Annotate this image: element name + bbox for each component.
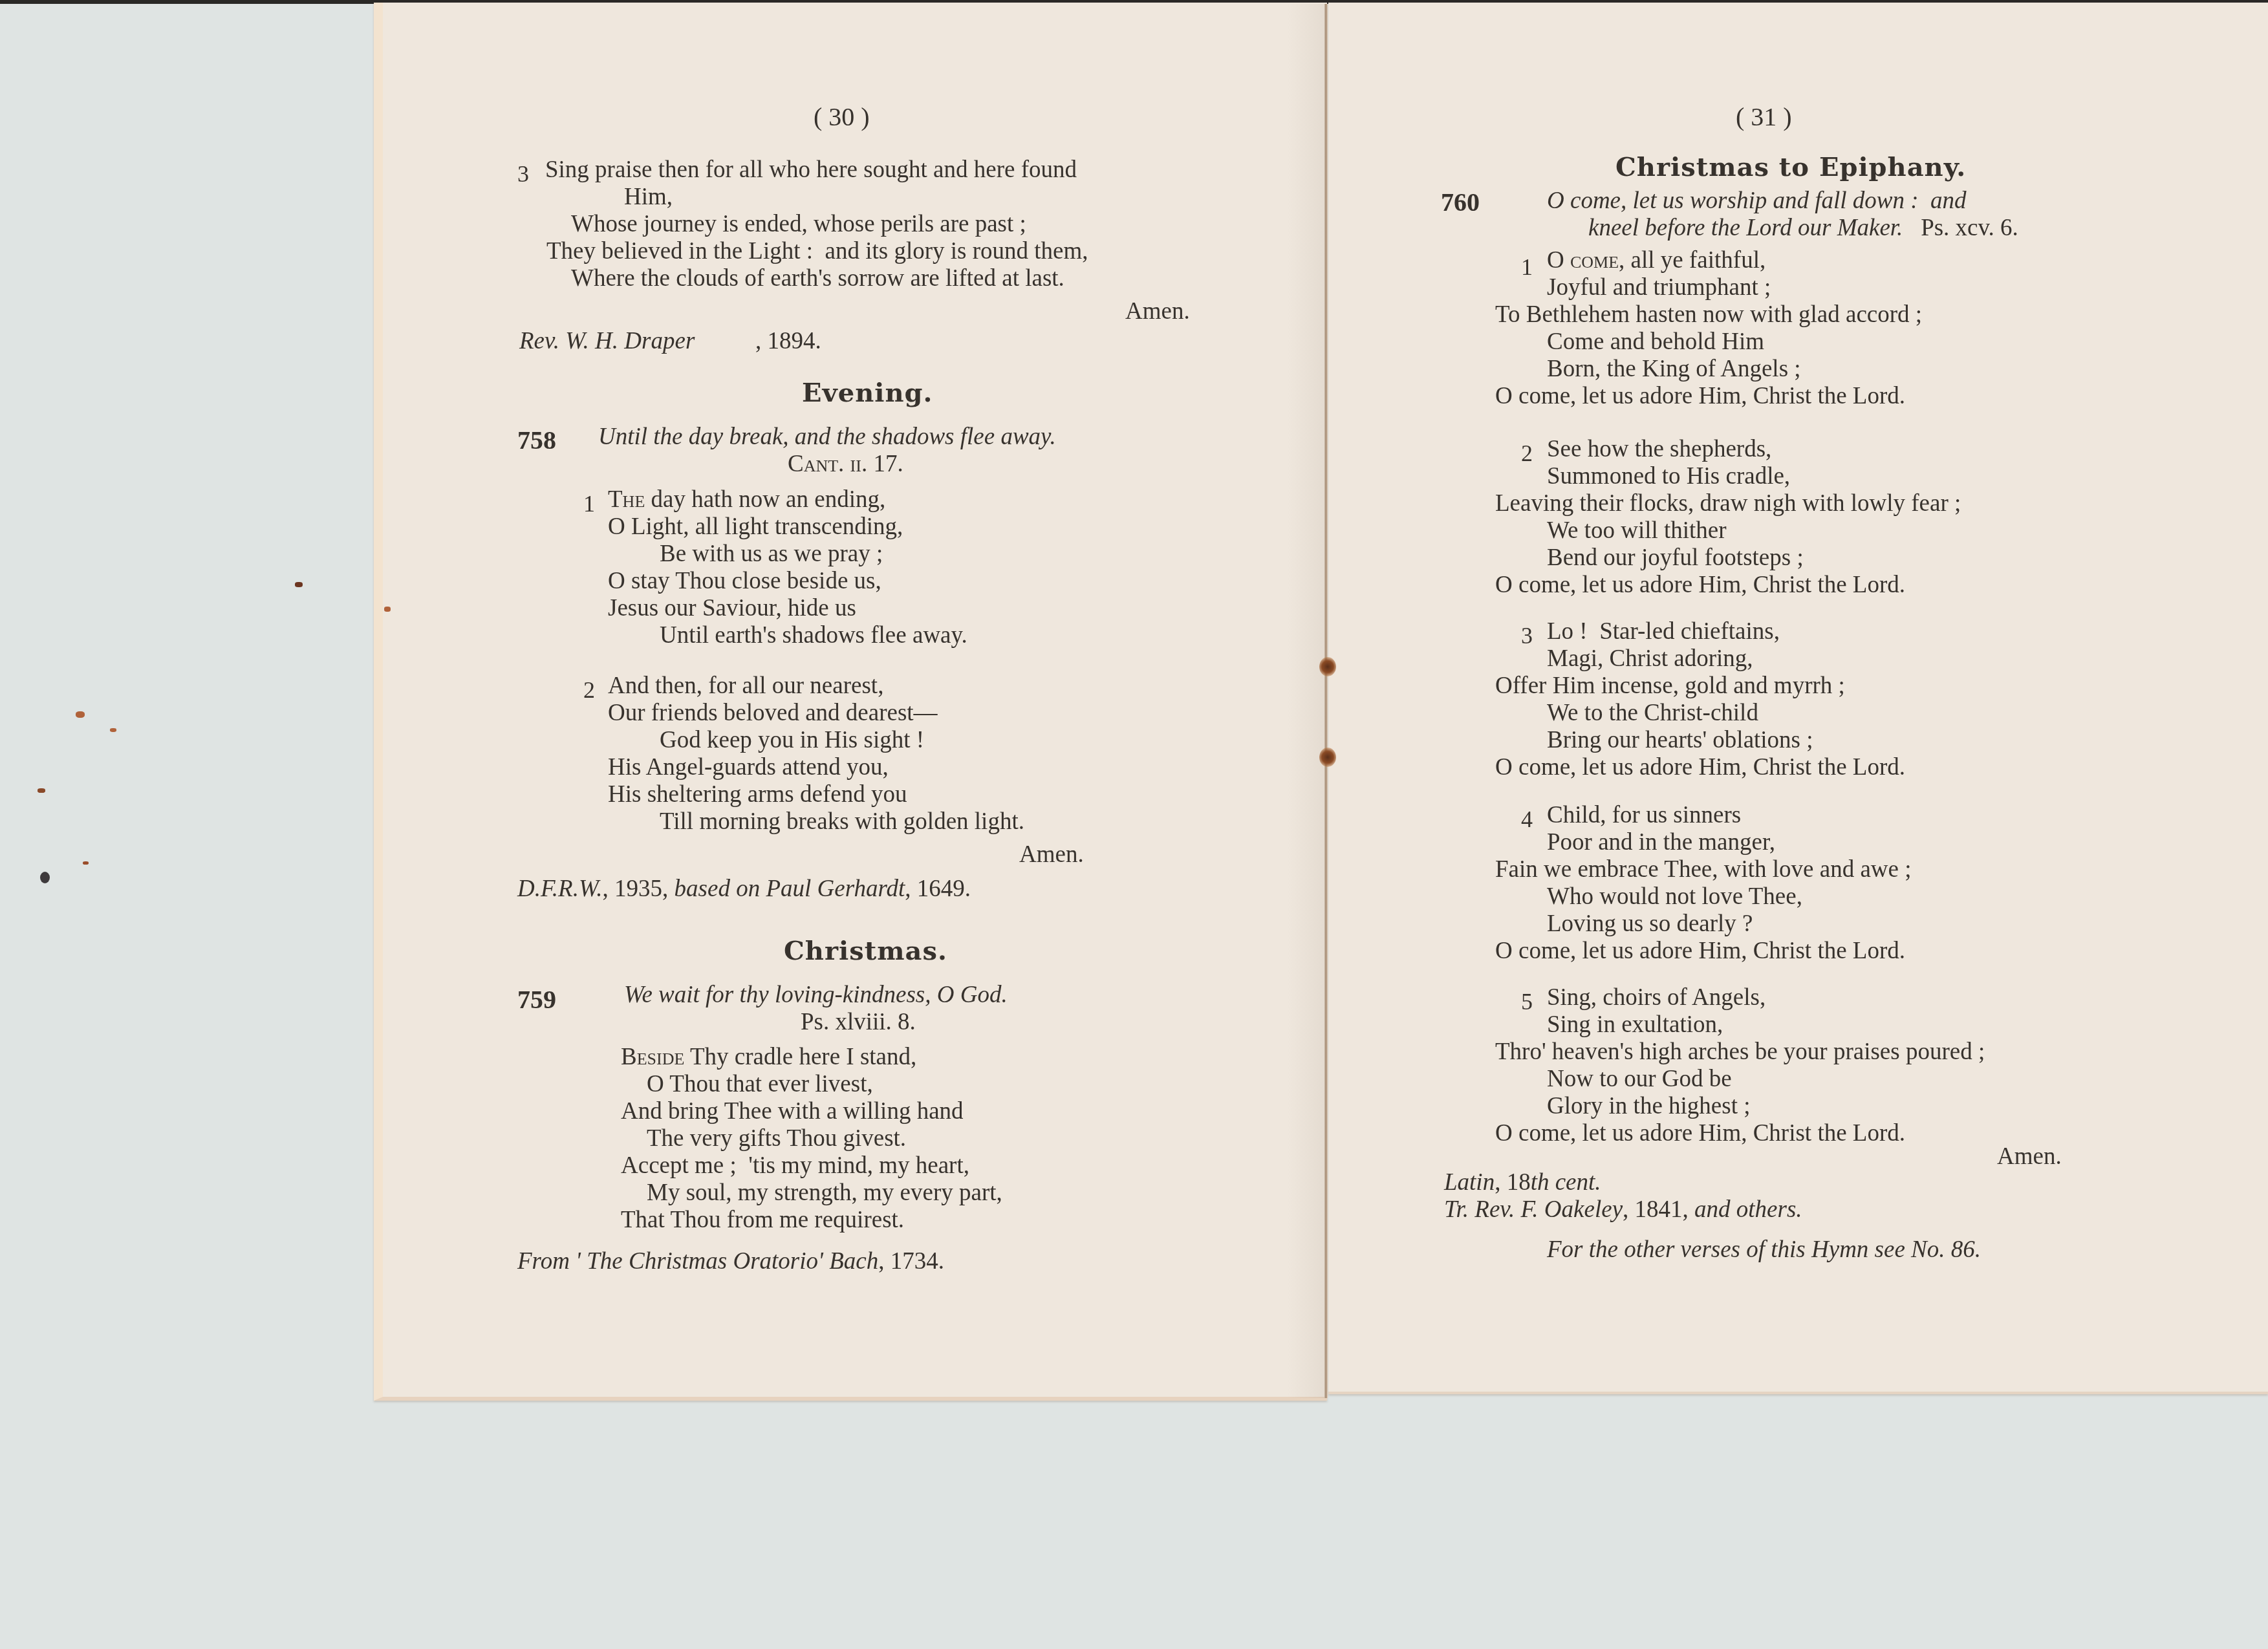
staple-rust-mark (1319, 748, 1336, 767)
verse-number: 3 (1521, 622, 1533, 649)
verse-number: 1 (583, 490, 595, 517)
attribution-source: based on Paul Gerhardt (675, 876, 905, 902)
verse-line: O Light, all light transcending, (608, 513, 903, 541)
verse-line: Leaving their flocks, draw nigh with low… (1495, 490, 1961, 517)
verse-line: Jesus our Saviour, hide us (608, 595, 856, 622)
attribution-line: Tr. Rev. F. Oakeley, 1841, and others. (1444, 1196, 1802, 1223)
verse-first-o: O (1547, 247, 1570, 274)
hymn-number-760: 760 (1441, 189, 1480, 216)
verse-line-rest: day hath now an ending, (645, 486, 885, 513)
hymn-number-759: 759 (517, 986, 556, 1013)
attribution-year: , 1935, (603, 876, 675, 902)
verse-line: Accept me ; 'tis my mind, my heart, (621, 1152, 969, 1180)
attribution-year: , 1841, (1623, 1196, 1694, 1223)
verse-first-word: come (1570, 247, 1619, 274)
verse-line: Bend our joyful footsteps ; (1547, 544, 1804, 572)
attribution-author: D.F.R.W. (517, 876, 603, 902)
scripture-reference: Cant. ii. 17. (788, 451, 903, 478)
verse-line: Him, (624, 184, 673, 211)
scripture-text: O come, let us worship and fall down : a… (1547, 188, 1967, 215)
verse-line: The day hath now an ending, (608, 486, 885, 513)
attribution-source: From ' The Christmas Oratorio' Bach (517, 1248, 878, 1275)
hymn-number-758: 758 (517, 427, 556, 454)
spine-shadow (1287, 4, 1324, 1398)
verse-line: Loving us so dearly ? (1547, 911, 1753, 938)
verse-line: That Thou from me requirest. (621, 1207, 904, 1234)
verse-line: Where the clouds of earth's sorrow are l… (571, 265, 1064, 292)
refrain-line: O come, let us adore Him, Christ the Lor… (1495, 754, 1905, 781)
verse-line: We to the Christ-child (1547, 700, 1758, 727)
verse-line: Beside Thy cradle here I stand, (621, 1044, 916, 1071)
scripture-text-line2: kneel before the Lord our Maker. Ps. xcv… (1588, 215, 2018, 242)
verse-line-rest: , all ye faithful, (1619, 247, 1766, 274)
verse-line: Child, for us sinners (1547, 802, 1741, 829)
amen: Amen. (1125, 298, 1190, 325)
refrain-line: O come, let us adore Him, Christ the Lor… (1495, 1120, 1905, 1147)
section-heading-evening: Evening. (802, 378, 933, 408)
verse-line: O come, all ye faithful, (1547, 247, 1766, 274)
attribution-translator: Tr. Rev. F. Oakeley (1444, 1196, 1623, 1223)
verse-line: Our friends beloved and dearest— (608, 700, 938, 727)
scripture-text: kneel before the Lord our Maker. (1588, 215, 1903, 241)
scripture-reference: Ps. xcv. 6. (1921, 215, 2018, 241)
verse-line: Poor and in the manger, (1547, 829, 1775, 856)
verse-line: Born, the King of Angels ; (1547, 356, 1801, 383)
verse-line: Glory in the highest ; (1547, 1093, 1750, 1120)
verse-first-word: The (608, 486, 645, 513)
section-heading-christmas-to-epiphany: Christmas to Epiphany. (1615, 153, 1966, 182)
verse-line: Lo ! Star-led chieftains, (1547, 618, 1780, 645)
refrain-line: O come, let us adore Him, Christ the Lor… (1495, 572, 1905, 599)
verse-line: Sing in exultation, (1547, 1011, 1723, 1039)
verse-line: To Bethlehem hasten now with glad accord… (1495, 301, 1922, 329)
verse-line: The very gifts Thou givest. (647, 1125, 906, 1152)
refrain-line: O come, let us adore Him, Christ the Lor… (1495, 383, 1905, 410)
attribution-year: , 1894. (755, 328, 821, 355)
book-spine (1324, 4, 1328, 1398)
verse-line: Sing, choirs of Angels, (1547, 984, 1766, 1011)
verse-line: O stay Thou close beside us, (608, 568, 881, 595)
attribution: D.F.R.W., 1935, based on Paul Gerhardt, … (517, 876, 971, 903)
verse-line: Summoned to His cradle, (1547, 463, 1790, 490)
verse-line: Sing praise then for all who here sought… (545, 156, 1077, 184)
verse-line: We too will thither (1547, 517, 1727, 544)
staple-rust-mark (1319, 657, 1336, 676)
verse-number: 2 (583, 676, 595, 704)
verse-line: Offer Him incense, gold and myrrh ; (1495, 673, 1845, 700)
verse-number: 1 (1521, 253, 1533, 281)
scripture-reference: Ps. xlviii. 8. (801, 1009, 916, 1036)
verse-line: Fain we embrace Thee, with love and awe … (1495, 856, 1912, 883)
background-speck (76, 711, 85, 718)
verse-first-word: Beside (621, 1044, 684, 1070)
verse-line: Until earth's shadows flee away. (660, 622, 967, 649)
scripture-text: Until the day break, and the shadows fle… (598, 424, 1056, 451)
background-speck (295, 582, 303, 587)
verse-line-rest: Thy cradle here I stand, (684, 1044, 916, 1070)
attribution-year: , 1734. (878, 1248, 944, 1275)
section-heading-christmas: Christmas. (784, 936, 947, 966)
verse-line: Till morning breaks with golden light. (660, 808, 1024, 835)
amen: Amen. (1019, 841, 1084, 868)
scripture-text: We wait for thy loving-kindness, O God. (624, 982, 1008, 1009)
verse-line: And then, for all our nearest, (608, 673, 883, 700)
verse-line: Thro' heaven's high arches be your prais… (1495, 1039, 1985, 1066)
verse-line: See how the shepherds, (1547, 436, 1771, 463)
verse-line: Bring our hearts' oblations ; (1547, 727, 1813, 754)
attribution-century: , 18 (1495, 1169, 1531, 1196)
page-number-left: ( 30 ) (814, 102, 870, 132)
verse-line: Joyful and triumphant ; (1547, 274, 1771, 301)
attribution-century-suffix: th cent. (1531, 1169, 1601, 1196)
verse-line: Magi, Christ adoring, (1547, 645, 1753, 673)
amen: Amen. (1997, 1143, 2062, 1170)
verse-number: 4 (1521, 806, 1533, 833)
background-speck (40, 872, 50, 883)
verse-line: They believed in the Light : and its glo… (546, 238, 1088, 265)
verse-line: Whose journey is ended, whose perils are… (571, 211, 1026, 238)
verse-line: Who would not love Thee, (1547, 883, 1802, 911)
attribution-line: Latin, 18th cent. (1444, 1169, 1601, 1196)
verse-number: 2 (1521, 440, 1533, 467)
verse-number: 3 (517, 160, 529, 188)
footnote: For the other verses of this Hymn see No… (1547, 1236, 1981, 1264)
attribution: From ' The Christmas Oratorio' Bach, 173… (517, 1248, 944, 1275)
spacer (1903, 215, 1921, 241)
attribution-name: Rev. W. H. Draper (519, 328, 695, 355)
verse-line: O Thou that ever livest, (647, 1071, 873, 1098)
verse-line: And bring Thee with a willing hand (621, 1098, 964, 1125)
verse-line: Come and behold Him (1547, 329, 1764, 356)
attribution-year: , 1649. (905, 876, 971, 902)
verse-line: Now to our God be (1547, 1066, 1732, 1093)
verse-line: His sheltering arms defend you (608, 781, 907, 808)
attribution-origin: Latin (1444, 1169, 1495, 1196)
page-number-right: ( 31 ) (1736, 102, 1792, 132)
page-speck (384, 607, 391, 612)
background-speck (83, 861, 89, 865)
verse-line: God keep you in His sight ! (660, 727, 924, 754)
background-speck (110, 728, 116, 732)
attribution-others: and others. (1694, 1196, 1802, 1223)
verse-line: Be with us as we pray ; (660, 541, 883, 568)
refrain-line: O come, let us adore Him, Christ the Lor… (1495, 938, 1905, 965)
background-speck (38, 788, 45, 793)
verse-line: My soul, my strength, my every part, (647, 1180, 1002, 1207)
verse-line: His Angel-guards attend you, (608, 754, 889, 781)
verse-number: 5 (1521, 988, 1533, 1015)
